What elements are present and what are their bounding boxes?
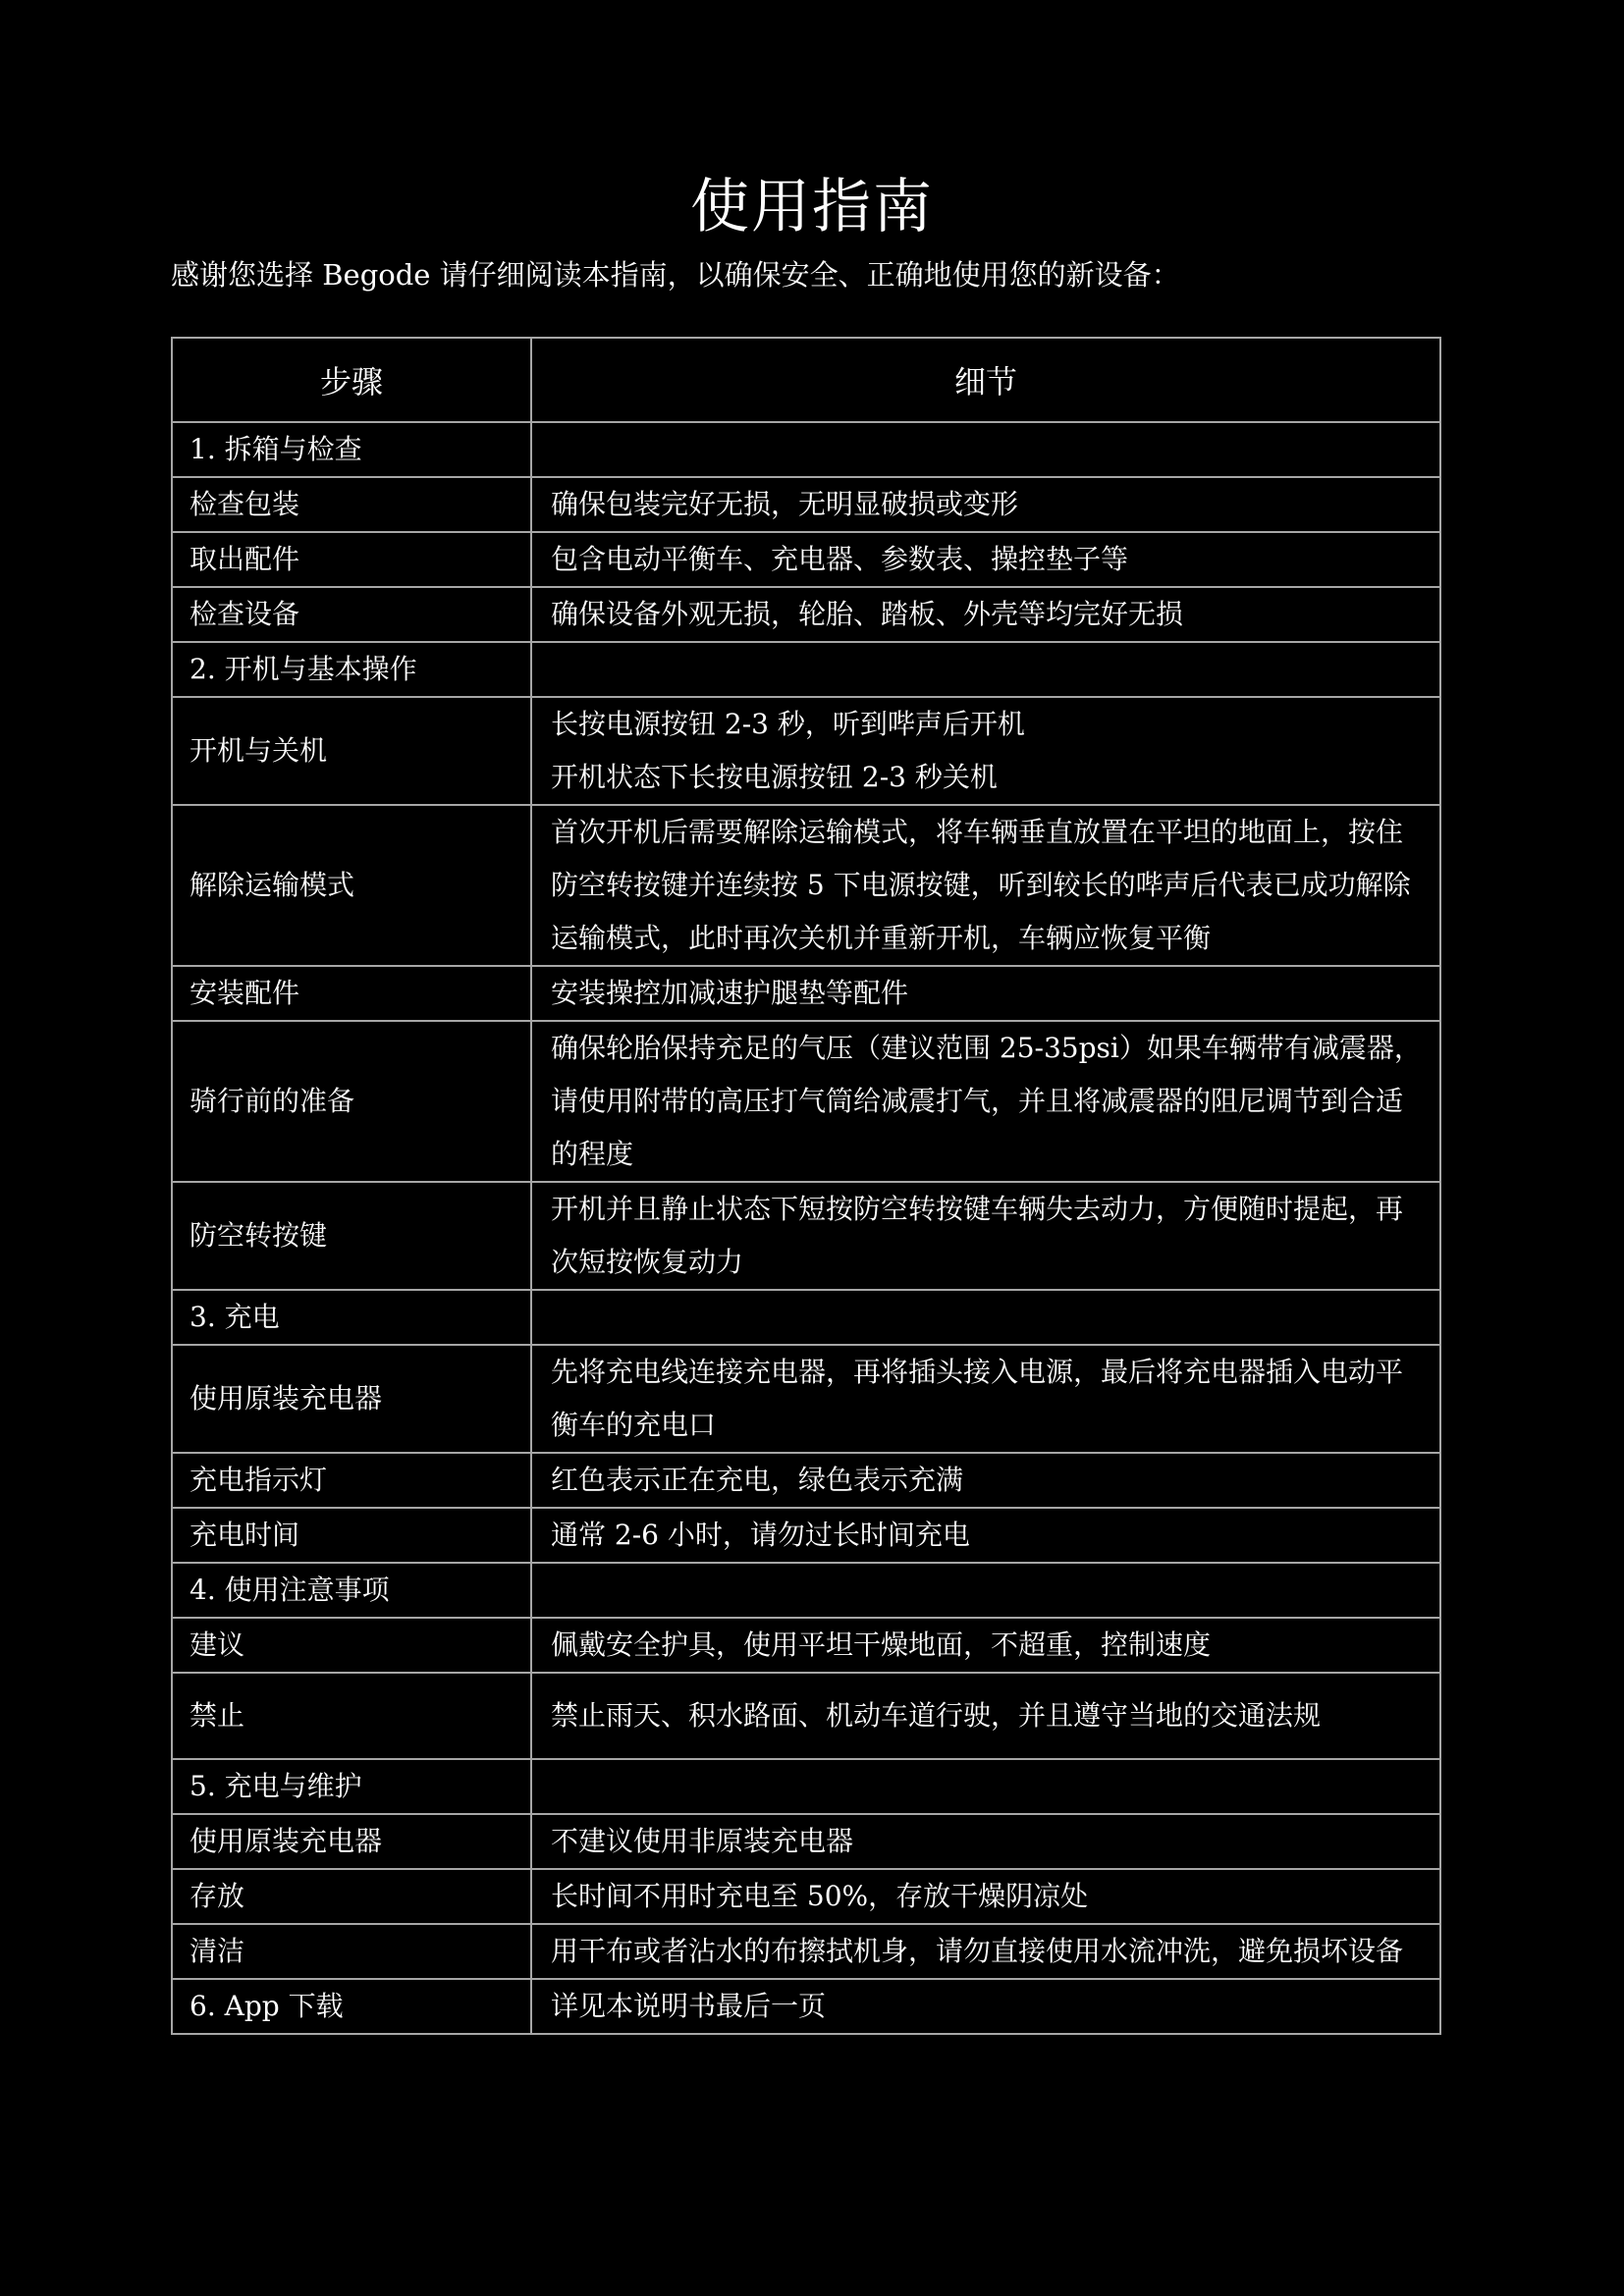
step-cell: 取出配件 [172, 532, 531, 587]
detail-cell [531, 642, 1440, 697]
table-row: 取出配件 包含电动平衡车、充电器、参数表、操控垫子等 [172, 532, 1440, 587]
table-row: 检查设备 确保设备外观无损，轮胎、踏板、外壳等均完好无损 [172, 587, 1440, 642]
page-title: 使用指南 [0, 175, 1624, 240]
step-cell: 充电时间 [172, 1508, 531, 1563]
detail-cell: 红色表示正在充电，绿色表示充满 [531, 1453, 1440, 1508]
detail-cell: 先将充电线连接充电器，再将插头接入电源，最后将充电器插入电动平衡车的充电口 [531, 1345, 1440, 1453]
detail-cell: 不建议使用非原装充电器 [531, 1814, 1440, 1869]
step-cell: 3. 充电 [172, 1290, 531, 1345]
table-row: 骑行前的准备 确保轮胎保持充足的气压（建议范围 25-35psi）如果车辆带有减… [172, 1021, 1440, 1182]
table-row: 清洁 用干布或者沾水的布擦拭机身，请勿直接使用水流冲洗，避免损坏设备 [172, 1924, 1440, 1979]
step-cell: 安装配件 [172, 966, 531, 1021]
detail-cell: 首次开机后需要解除运输模式，将车辆垂直放置在平坦的地面上，按住防空转按键并连续按… [531, 805, 1440, 966]
detail-cell: 用干布或者沾水的布擦拭机身，请勿直接使用水流冲洗，避免损坏设备 [531, 1924, 1440, 1979]
table-row-section-maintenance: 5. 充电与维护 [172, 1759, 1440, 1814]
table-row: 防空转按键 开机并且静止状态下短按防空转按键车辆失去动力，方便随时提起，再次短按… [172, 1182, 1440, 1290]
step-cell: 骑行前的准备 [172, 1021, 531, 1182]
table-row-section-charging: 3. 充电 [172, 1290, 1440, 1345]
detail-cell: 长按电源按钮 2-3 秒，听到哔声后开机 开机状态下长按电源按钮 2-3 秒关机 [531, 697, 1440, 805]
table-row: 开机与关机 长按电源按钮 2-3 秒，听到哔声后开机 开机状态下长按电源按钮 2… [172, 697, 1440, 805]
step-cell: 6. App 下载 [172, 1979, 531, 2034]
step-cell: 检查包装 [172, 477, 531, 532]
table-row: 建议 佩戴安全护具，使用平坦干燥地面，不超重，控制速度 [172, 1618, 1440, 1673]
step-cell: 充电指示灯 [172, 1453, 531, 1508]
detail-cell [531, 1290, 1440, 1345]
detail-cell: 通常 2-6 小时，请勿过长时间充电 [531, 1508, 1440, 1563]
table-row: 存放 长时间不用时充电至 50%，存放干燥阴凉处 [172, 1869, 1440, 1924]
step-cell: 4. 使用注意事项 [172, 1563, 531, 1618]
step-cell: 开机与关机 [172, 697, 531, 805]
detail-cell: 确保包装完好无损，无明显破损或变形 [531, 477, 1440, 532]
detail-cell: 详见本说明书最后一页 [531, 1979, 1440, 2034]
table-row-section-app-download: 6. App 下载 详见本说明书最后一页 [172, 1979, 1440, 2034]
table-row: 充电时间 通常 2-6 小时，请勿过长时间充电 [172, 1508, 1440, 1563]
table-row: 使用原装充电器 先将充电线连接充电器，再将插头接入电源，最后将充电器插入电动平衡… [172, 1345, 1440, 1453]
page-subtitle: 感谢您选择 Begode 请仔细阅读本指南，以确保安全、正确地使用您的新设备： [171, 255, 1624, 295]
detail-cell: 禁止雨天、积水路面、机动车道行驶，并且遵守当地的交通法规 [531, 1673, 1440, 1759]
detail-cell: 开机并且静止状态下短按防空转按键车辆失去动力，方便随时提起，再次短按恢复动力 [531, 1182, 1440, 1290]
table-row-section-unboxing: 1. 拆箱与检查 [172, 422, 1440, 477]
column-header-step: 步骤 [172, 338, 531, 422]
usage-guide-table: 步骤 细节 1. 拆箱与检查 检查包装 确保包装完好无损，无明显破损或变形 取出… [171, 337, 1441, 2035]
table-row: 禁止 禁止雨天、积水路面、机动车道行驶，并且遵守当地的交通法规 [172, 1673, 1440, 1759]
manual-page: { "page": { "title": "使用指南", "subtitle":… [0, 0, 1624, 2296]
table-row-section-usage-notes: 4. 使用注意事项 [172, 1563, 1440, 1618]
table-row: 解除运输模式 首次开机后需要解除运输模式，将车辆垂直放置在平坦的地面上，按住防空… [172, 805, 1440, 966]
detail-cell: 佩戴安全护具，使用平坦干燥地面，不超重，控制速度 [531, 1618, 1440, 1673]
step-cell: 防空转按键 [172, 1182, 531, 1290]
table-row: 检查包装 确保包装完好无损，无明显破损或变形 [172, 477, 1440, 532]
table-row: 安装配件 安装操控加减速护腿垫等配件 [172, 966, 1440, 1021]
step-cell: 使用原装充电器 [172, 1814, 531, 1869]
detail-cell [531, 1759, 1440, 1814]
step-cell: 5. 充电与维护 [172, 1759, 531, 1814]
step-cell: 解除运输模式 [172, 805, 531, 966]
table-row-section-power-on: 2. 开机与基本操作 [172, 642, 1440, 697]
step-cell: 存放 [172, 1869, 531, 1924]
table-row: 充电指示灯 红色表示正在充电，绿色表示充满 [172, 1453, 1440, 1508]
detail-cell [531, 1563, 1440, 1618]
step-cell: 1. 拆箱与检查 [172, 422, 531, 477]
step-cell: 清洁 [172, 1924, 531, 1979]
detail-cell: 长时间不用时充电至 50%，存放干燥阴凉处 [531, 1869, 1440, 1924]
table-header-row: 步骤 细节 [172, 338, 1440, 422]
column-header-detail: 细节 [531, 338, 1440, 422]
table-row: 使用原装充电器 不建议使用非原装充电器 [172, 1814, 1440, 1869]
step-cell: 使用原装充电器 [172, 1345, 531, 1453]
step-cell: 检查设备 [172, 587, 531, 642]
step-cell: 2. 开机与基本操作 [172, 642, 531, 697]
detail-cell: 包含电动平衡车、充电器、参数表、操控垫子等 [531, 532, 1440, 587]
step-cell: 建议 [172, 1618, 531, 1673]
step-cell: 禁止 [172, 1673, 531, 1759]
detail-cell: 安装操控加减速护腿垫等配件 [531, 966, 1440, 1021]
detail-cell: 确保轮胎保持充足的气压（建议范围 25-35psi）如果车辆带有减震器，请使用附… [531, 1021, 1440, 1182]
detail-cell: 确保设备外观无损，轮胎、踏板、外壳等均完好无损 [531, 587, 1440, 642]
detail-cell [531, 422, 1440, 477]
